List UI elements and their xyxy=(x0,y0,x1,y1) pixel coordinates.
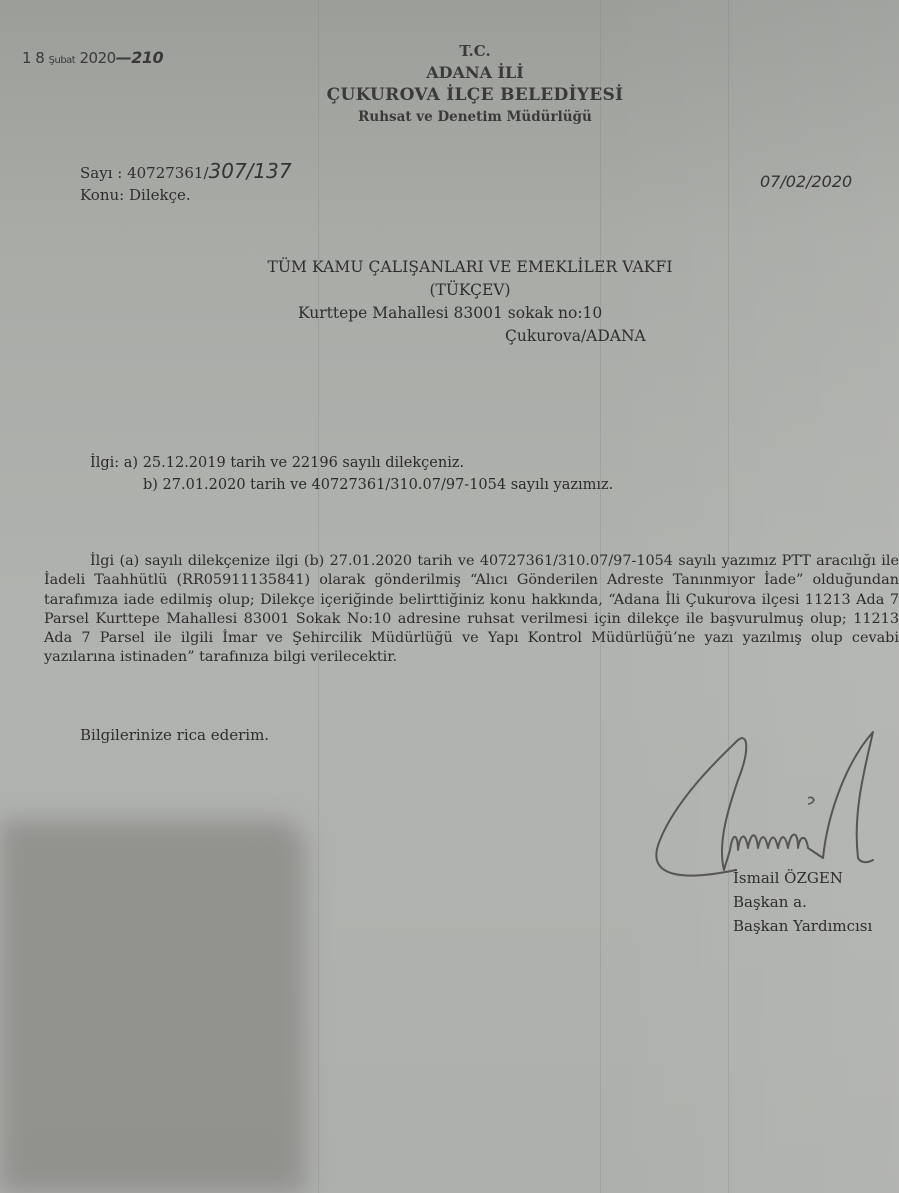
sayi-number: 40727361/ xyxy=(127,164,208,182)
stamp-month: Şubat xyxy=(49,55,76,66)
photo-shadow xyxy=(0,820,305,1193)
letterhead-tc: T.C. xyxy=(300,40,650,62)
reference-label: İlgi: xyxy=(90,455,119,471)
konu-line: Konu: Dilekçe. xyxy=(80,184,292,206)
received-stamp: 1 8 Şubat 2020—210 xyxy=(22,48,163,67)
letter-body: İlgi (a) sayılı dilekçenize ilgi (b) 27.… xyxy=(44,552,899,668)
stamp-day: 1 8 xyxy=(22,49,44,67)
konu-value: Dilekçe. xyxy=(129,186,191,204)
signer-block: İsmail ÖZGEN Başkan a. Başkan Yardımcısı xyxy=(733,866,872,938)
sayi-label: Sayı xyxy=(80,164,113,182)
stamp-year: 2020 xyxy=(80,49,116,67)
sayi-line: Sayı : 40727361/307/137 xyxy=(80,160,292,184)
body-paragraph: İlgi (a) sayılı dilekçenize ilgi (b) 27.… xyxy=(44,552,899,668)
recipient-name: TÜM KAMU ÇALIŞANLARI VE EMEKLİLER VAKFI xyxy=(230,256,710,279)
recipient-abbr: (TÜKÇEV) xyxy=(230,279,710,302)
reference-b: b) 27.01.2020 tarih ve 40727361/310.07/9… xyxy=(90,474,613,496)
reference-a: a) 25.12.2019 tarih ve 22196 sayılı dile… xyxy=(124,455,464,471)
letterhead-department: Ruhsat ve Denetim Müdürlüğü xyxy=(300,106,650,128)
document-date: 07/02/2020 xyxy=(760,172,852,191)
konu-label: Konu: xyxy=(80,186,124,204)
recipient-address: Kurttepe Mahallesi 83001 sokak no:10 xyxy=(230,302,710,325)
letterhead: T.C. ADANA İLİ ÇUKUROVA İLÇE BELEDİYESİ … xyxy=(300,40,650,128)
signer-position: Başkan Yardımcısı xyxy=(733,914,872,938)
sayi-handwritten: 307/137 xyxy=(209,159,292,183)
letterhead-province: ADANA İLİ xyxy=(300,62,650,84)
document-meta: Sayı : 40727361/307/137 Konu: Dilekçe. xyxy=(80,160,292,206)
stamp-number: —210 xyxy=(116,48,163,67)
signer-name: İsmail ÖZGEN xyxy=(733,866,872,890)
closing-line: Bilgilerinize rica ederim. xyxy=(80,726,269,744)
recipient-city: Çukurova/ADANA xyxy=(230,325,710,348)
signature xyxy=(648,730,898,880)
references: İlgi: a) 25.12.2019 tarih ve 22196 sayıl… xyxy=(90,452,613,496)
recipient-block: TÜM KAMU ÇALIŞANLARI VE EMEKLİLER VAKFI … xyxy=(230,256,710,348)
letterhead-municipality: ÇUKUROVA İLÇE BELEDİYESİ xyxy=(300,84,650,106)
signer-title: Başkan a. xyxy=(733,890,872,914)
